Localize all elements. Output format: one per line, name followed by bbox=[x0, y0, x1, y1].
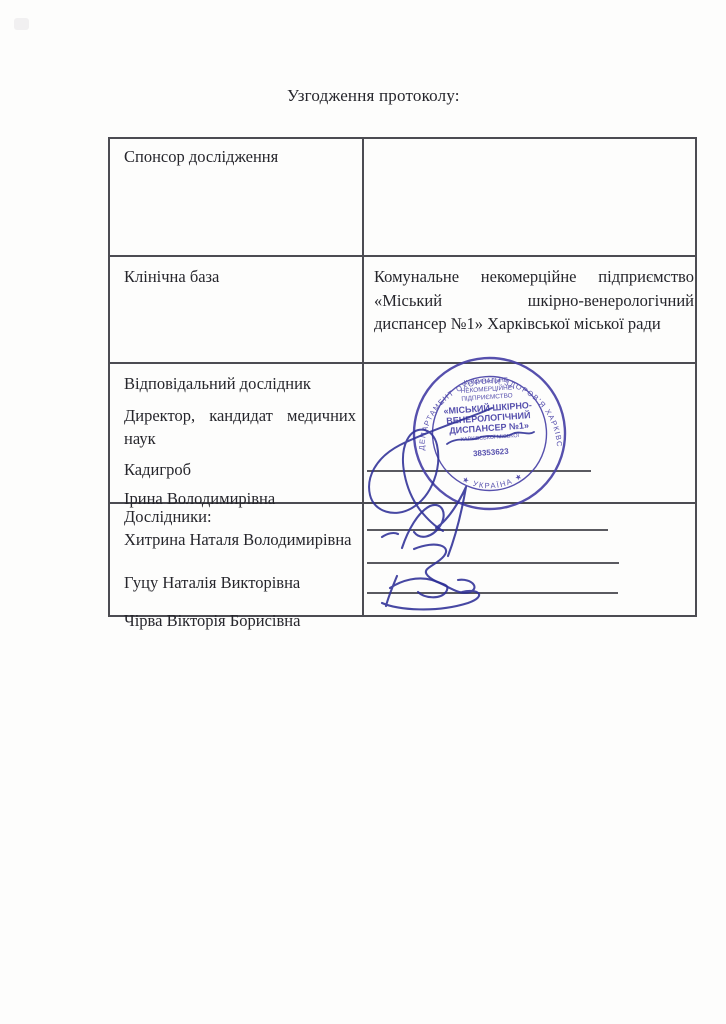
clinical-base-value-line: диспансер №1» Харківської міської ради bbox=[374, 312, 694, 336]
organization-round-stamp: ДЕПАРТАМЕНТ ОХОРОНИ ЗДОРОВ’Я ХАРКІВСЬКОЇ… bbox=[406, 350, 574, 518]
researcher-name: Хитрина Наталя Володимирівна bbox=[124, 528, 364, 551]
researcher-name: Гуцу Наталія Викторівна bbox=[124, 571, 364, 594]
clinical-base-value-line: «Міський шкірно-венерологічний bbox=[374, 289, 694, 313]
approval-table: Спонсор дослідження Клінічна база Комуна… bbox=[108, 137, 697, 617]
signature-line bbox=[367, 529, 608, 531]
table-row-divider bbox=[110, 255, 695, 257]
researchers-cell: Дослідники: Хитрина Наталя Володимирівна… bbox=[124, 505, 364, 632]
stamp-ring-text-bottom: ★ УКРАЇНА ★ bbox=[460, 470, 525, 492]
responsible-researcher-cell: Відповідальний дослідник Директор, канди… bbox=[124, 372, 356, 510]
responsible-researcher-title: Відповідальний дослідник bbox=[124, 372, 356, 395]
responsible-researcher-surname: Кадигроб bbox=[124, 458, 356, 481]
scan-artifact bbox=[14, 18, 29, 30]
sponsor-label: Спонсор дослідження bbox=[124, 145, 352, 168]
signature-line bbox=[367, 562, 619, 564]
clinical-base-value: Комунальне некомерційне підприємство «Мі… bbox=[374, 265, 694, 336]
table-row-divider bbox=[110, 362, 695, 364]
clinical-base-value-line: Комунальне некомерційне підприємство bbox=[374, 265, 694, 289]
researcher-name: Чірва Вікторія Борисівна bbox=[124, 609, 364, 632]
stamp-code: 38353623 bbox=[473, 447, 510, 458]
responsible-researcher-position-line: наук bbox=[124, 427, 356, 450]
responsible-researcher-position-line: Директор, кандидат медичних bbox=[124, 404, 356, 427]
clinical-base-label: Клінічна база bbox=[124, 265, 352, 288]
page-title: Узгодження протоколу: bbox=[287, 84, 460, 107]
scanned-document-page: Узгодження протоколу: Спонсор дослідженн… bbox=[0, 0, 726, 1024]
signature-line bbox=[367, 592, 618, 594]
researchers-title: Дослідники: bbox=[124, 505, 364, 528]
